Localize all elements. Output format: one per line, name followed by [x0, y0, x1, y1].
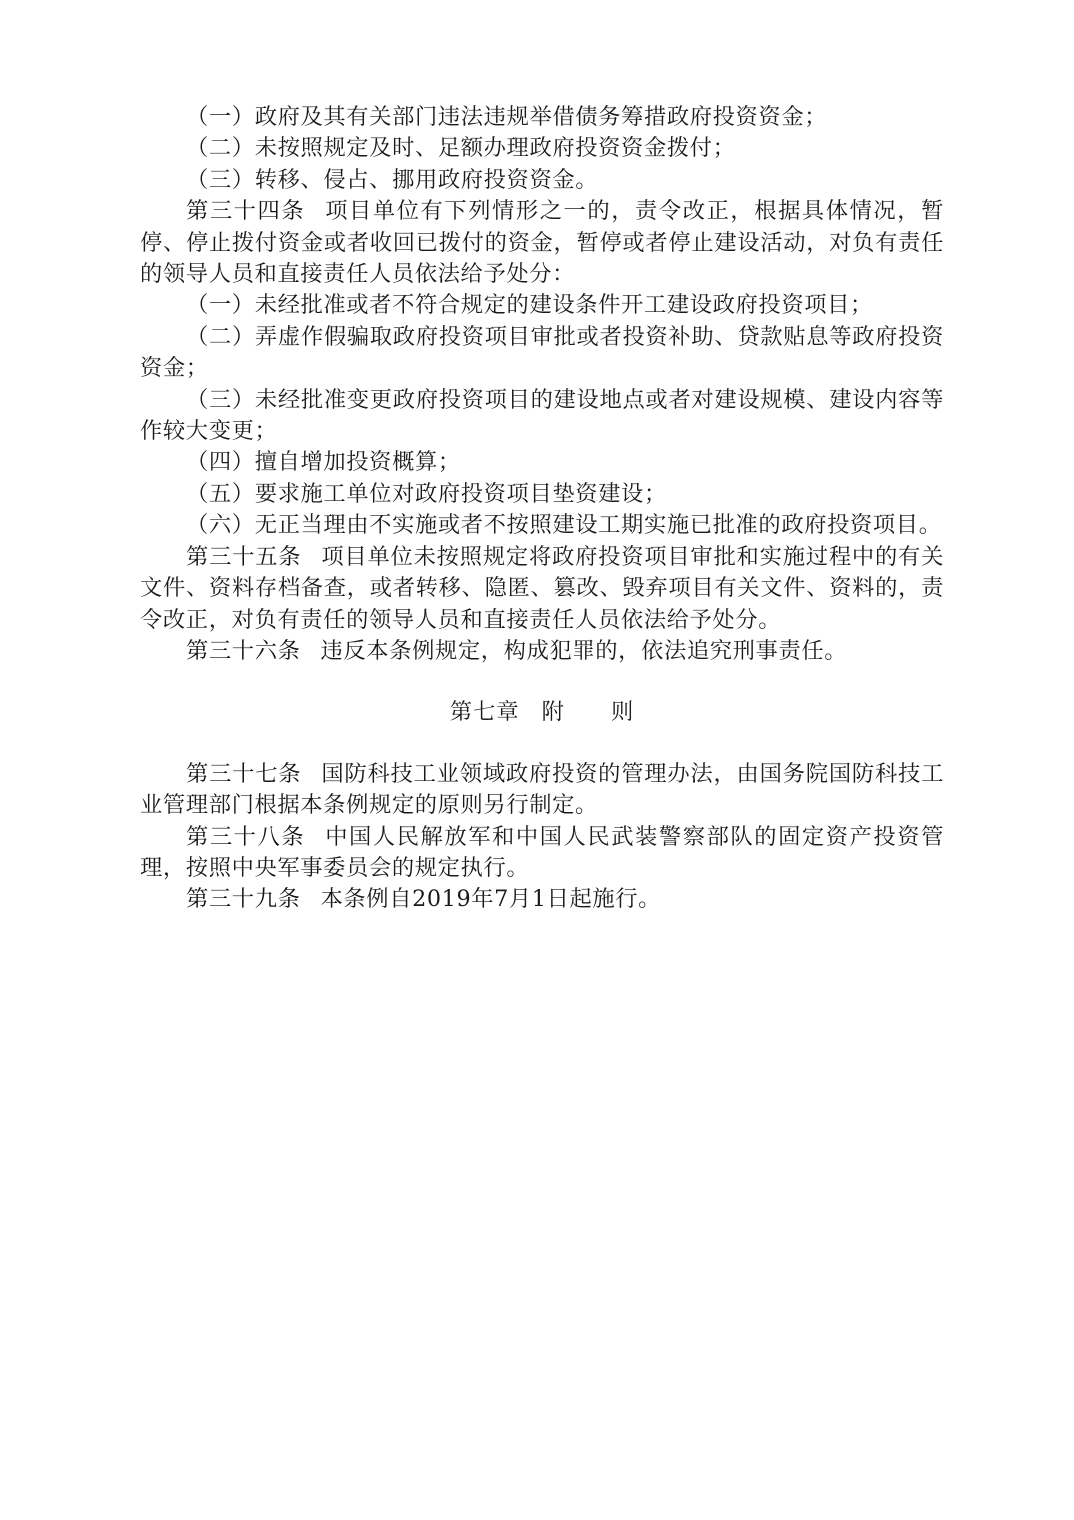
article-39: 第三十九条本条例自2019年7月1日起施行。	[140, 884, 944, 915]
chapter-heading: 第七章附则	[140, 697, 944, 728]
article-37: 第三十七条国防科技工业领域政府投资的管理办法，由国务院国防科技工业管理部门根据本…	[140, 759, 944, 822]
article-38: 第三十八条中国人民解放军和中国人民武装警察部队的固定资产投资管理，按照中央军事委…	[140, 822, 944, 885]
list-item: （二）未按照规定及时、足额办理政府投资资金拨付；	[140, 133, 944, 164]
chapter-title-part1: 附	[542, 699, 565, 725]
article-35: 第三十五条项目单位未按照规定将政府投资项目审批和实施过程中的有关文件、资料存档备…	[140, 542, 944, 636]
chapter-number: 第七章	[450, 699, 520, 725]
article-text: 本条例自2019年7月1日起施行。	[321, 886, 662, 912]
article-label: 第三十九条	[186, 886, 301, 912]
list-item: （四）擅自增加投资概算；	[140, 447, 944, 478]
article-34: 第三十四条项目单位有下列情形之一的，责令改正，根据具体情况，暂停、停止拨付资金或…	[140, 196, 944, 290]
list-item: （五）要求施工单位对政府投资项目垫资建设；	[140, 479, 944, 510]
document-page: （一）政府及其有关部门违法违规举借债务筹措政府投资资金； （二）未按照规定及时、…	[140, 102, 944, 916]
chapter-title-part2: 则	[611, 699, 634, 725]
article-text: 违反本条例规定，构成犯罪的，依法追究刑事责任。	[321, 638, 848, 664]
list-item: （六）无正当理由不实施或者不按照建设工期实施已批准的政府投资项目。	[140, 510, 944, 541]
list-item: （三）未经批准变更政府投资项目的建设地点或者对建设规模、建设内容等作较大变更；	[140, 385, 944, 448]
list-item: （三）转移、侵占、挪用政府投资资金。	[140, 165, 944, 196]
list-item: （一）政府及其有关部门违法违规举借债务筹措政府投资资金；	[140, 102, 944, 133]
list-item: （一）未经批准或者不符合规定的建设条件开工建设政府投资项目；	[140, 290, 944, 321]
article-label: 第三十七条	[186, 761, 301, 787]
list-item: （二）弄虚作假骗取政府投资项目审批或者投资补助、贷款贴息等政府投资资金；	[140, 322, 944, 385]
article-label: 第三十八条	[186, 824, 305, 850]
article-label: 第三十四条	[186, 198, 305, 224]
article-36: 第三十六条违反本条例规定，构成犯罪的，依法追究刑事责任。	[140, 636, 944, 667]
article-label: 第三十五条	[186, 544, 301, 570]
article-label: 第三十六条	[186, 638, 301, 664]
